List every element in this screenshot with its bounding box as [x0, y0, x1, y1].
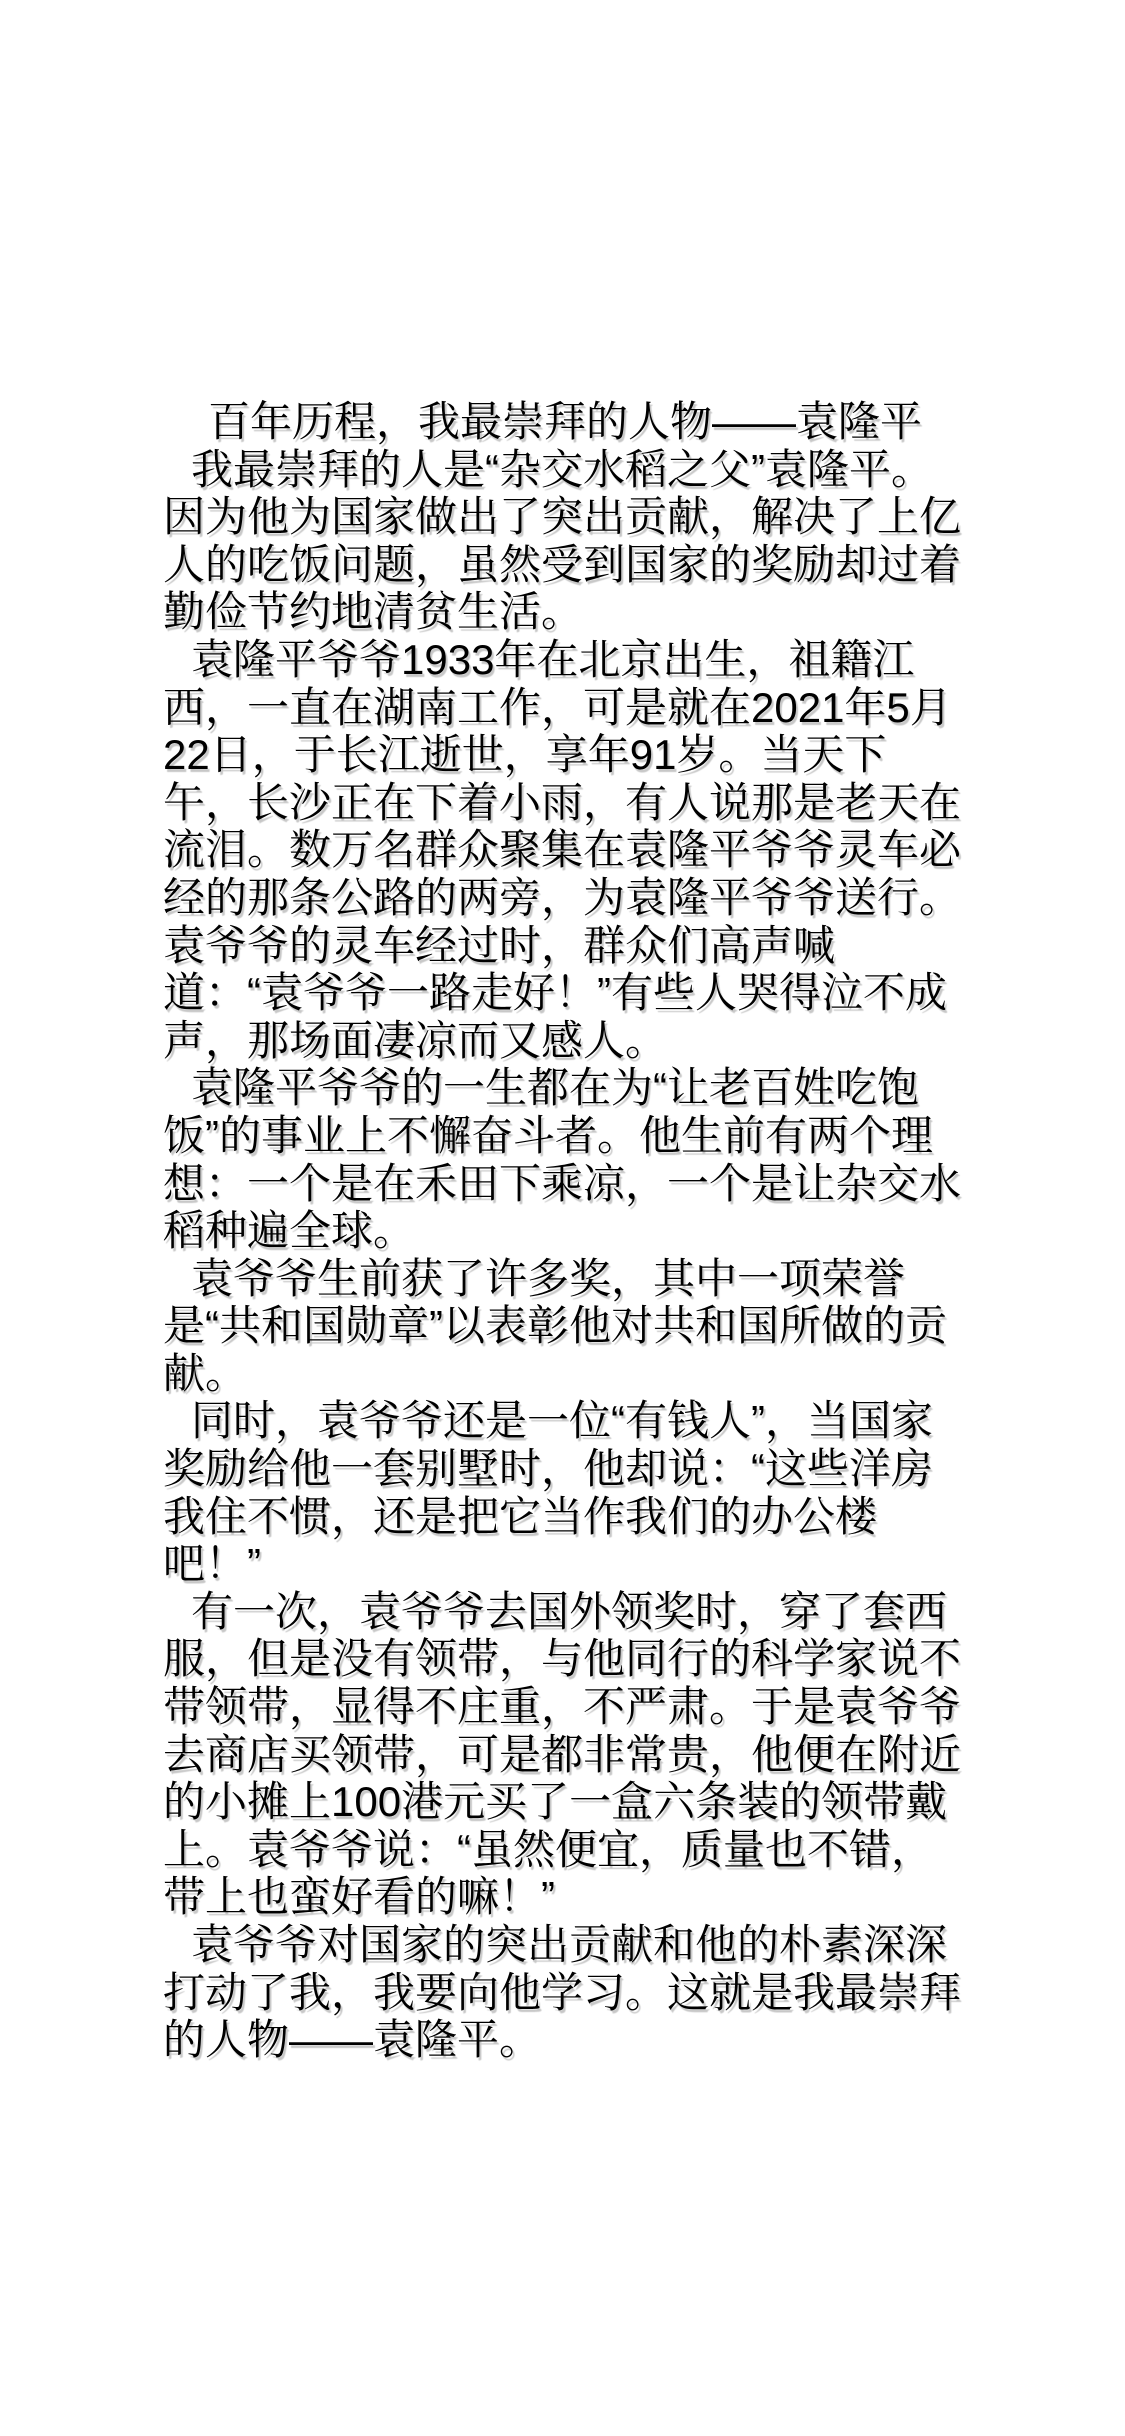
essay-paragraph: 袁隆平爷爷的一生都在为“让老百姓吃饱饭”的事业上不懈奋斗者。他生前有两个理想：一… — [163, 1064, 967, 1254]
essay-paragraph: 有一次，袁爷爷去国外领奖时，穿了套西服，但是没有领带，与他同行的科学家说不带领带… — [163, 1588, 967, 1921]
essay-paragraph: 袁隆平爷爷1933年在北京出生，祖籍江西，一直在湖南工作，可是就在2021年5月… — [163, 636, 967, 1064]
essay-title: 百年历程，我最崇拜的人物——袁隆平 — [163, 398, 967, 446]
essay-paragraph: 同时，袁爷爷还是一位“有钱人”，当国家奖励给他一套别墅时，他却说：“这些洋房我住… — [163, 1397, 967, 1587]
essay-text-block: 百年历程，我最崇拜的人物——袁隆平 我最崇拜的人是“杂交水稻之父”袁隆平。因为他… — [163, 398, 967, 2064]
essay-paragraph: 袁爷爷生前获了许多奖，其中一项荣誉是“共和国勋章”以表彰他对共和国所做的贡献。 — [163, 1255, 967, 1398]
essay-paragraph: 我最崇拜的人是“杂交水稻之父”袁隆平。因为他为国家做出了突出贡献，解决了上亿人的… — [163, 446, 967, 636]
essay-paragraph: 袁爷爷对国家的突出贡献和他的朴素深深打动了我，我要向他学习。这就是我最崇拜的人物… — [163, 1921, 967, 2064]
document-page: 百年历程，我最崇拜的人物——袁隆平 我最崇拜的人是“杂交水稻之父”袁隆平。因为他… — [0, 0, 1125, 2436]
